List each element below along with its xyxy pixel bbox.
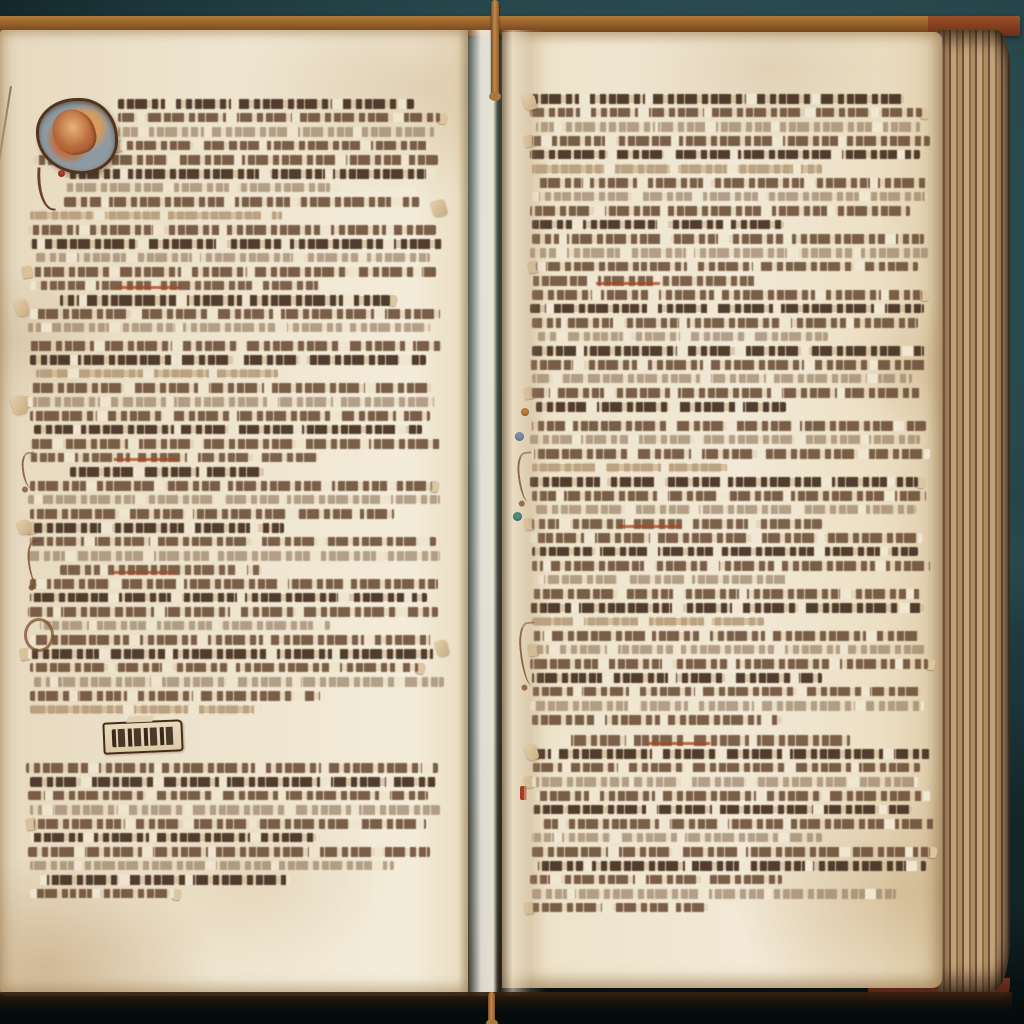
left-page-text-line bbox=[28, 496, 440, 503]
left-page-text-line bbox=[60, 296, 390, 305]
left-page-text-line bbox=[28, 454, 318, 461]
right-page-text-line bbox=[532, 277, 764, 285]
right-page-text-line bbox=[530, 109, 922, 116]
left-page-text-line bbox=[30, 282, 320, 289]
right-page-text-line bbox=[536, 646, 928, 653]
right-page-text-line bbox=[530, 660, 928, 668]
right-page-text-line bbox=[532, 548, 918, 555]
left-page-text-line bbox=[30, 310, 440, 318]
left-page-text-line bbox=[60, 566, 262, 574]
left-page-text-line bbox=[30, 834, 320, 841]
right-page-text-line bbox=[530, 702, 924, 710]
right-page-text-line bbox=[532, 137, 930, 145]
right-page-text-line bbox=[530, 305, 924, 312]
left-page-text-line bbox=[30, 384, 438, 392]
left-page-text-line bbox=[30, 692, 320, 700]
right-page-text-line bbox=[538, 862, 926, 870]
right-page-text-line bbox=[532, 688, 922, 695]
right-page-text-line bbox=[530, 534, 922, 542]
left-page-text-block bbox=[0, 30, 468, 996]
left-page-text-line bbox=[36, 254, 430, 261]
right-page-text-line bbox=[532, 778, 918, 786]
left-page-text-line bbox=[118, 128, 434, 136]
left-page-text-line bbox=[30, 440, 440, 448]
binding-cord-top bbox=[491, 0, 499, 97]
right-page-text-line bbox=[532, 319, 918, 327]
right-page-text-line bbox=[530, 207, 910, 215]
right-page-text-line bbox=[536, 123, 920, 131]
right-page-text-line bbox=[538, 179, 926, 187]
book-bottom-shadow bbox=[0, 992, 1012, 1010]
left-page-text-line bbox=[64, 170, 436, 178]
right-page-text-line bbox=[532, 590, 922, 598]
left-page-text-line bbox=[30, 356, 426, 364]
right-page-text-line bbox=[530, 436, 920, 443]
right-page-text-line bbox=[532, 464, 727, 471]
left-page-text-line bbox=[30, 510, 394, 518]
left-page-text-line bbox=[30, 212, 282, 219]
left-page-text-line bbox=[28, 226, 436, 234]
right-page-text-line bbox=[536, 403, 786, 411]
right-page-text-line bbox=[532, 450, 930, 458]
left-page-text-line bbox=[28, 552, 440, 560]
right-page-text-line bbox=[530, 478, 918, 486]
left-page-text-line bbox=[30, 890, 174, 897]
right-page-text-line bbox=[532, 389, 920, 397]
left-page-text-line bbox=[34, 678, 444, 686]
right-page-text-line bbox=[532, 716, 782, 724]
left-page-text-line bbox=[30, 342, 442, 350]
right-page-text-line bbox=[532, 291, 922, 299]
right-page-text-line bbox=[536, 506, 916, 513]
left-page-text-line bbox=[34, 820, 426, 828]
left-page-text-line bbox=[30, 412, 430, 420]
left-page-text-line bbox=[64, 198, 420, 206]
left-page-text-line bbox=[30, 240, 442, 248]
left-page-text-line bbox=[28, 608, 438, 616]
right-page-text-line bbox=[532, 806, 912, 813]
right-page-text-line bbox=[532, 904, 708, 911]
page-edges-stack bbox=[938, 30, 1010, 992]
left-page-text-line bbox=[30, 706, 262, 713]
right-page-text-line bbox=[532, 165, 822, 173]
right-page-text-line bbox=[532, 632, 920, 640]
left-page-text-line bbox=[36, 370, 278, 377]
left-page-text-line bbox=[30, 268, 436, 276]
right-page-text-line bbox=[530, 249, 928, 257]
right-page-text-line bbox=[532, 520, 822, 528]
left-page-text-line bbox=[34, 524, 284, 532]
right-page-text-line bbox=[532, 618, 764, 625]
left-page-text-line bbox=[28, 324, 430, 331]
left-page-text-line bbox=[34, 426, 422, 433]
right-page-text-line bbox=[532, 674, 822, 682]
left-page-text-line bbox=[40, 876, 290, 884]
right-page-text-line bbox=[532, 492, 926, 500]
left-page-text-line bbox=[30, 636, 432, 644]
right-page-text-line bbox=[532, 347, 924, 355]
right-page-text-line bbox=[536, 792, 930, 800]
left-page-text-line bbox=[70, 468, 264, 476]
left-page-text-line bbox=[120, 142, 428, 149]
right-page-text-line bbox=[532, 221, 784, 228]
left-page-text-line bbox=[40, 622, 330, 629]
right-page-text-line bbox=[532, 235, 924, 243]
right-page-text-line bbox=[560, 736, 850, 745]
right-page-text-line bbox=[530, 361, 928, 369]
left-page-text-line bbox=[26, 764, 438, 772]
right-page-text-line bbox=[538, 576, 790, 583]
right-page-text-line bbox=[532, 834, 822, 841]
left-page-text-line bbox=[30, 806, 440, 814]
right-page-text-line bbox=[530, 151, 920, 158]
right-page-text-line bbox=[532, 890, 896, 898]
right-page-text-block bbox=[502, 32, 942, 988]
right-page-text-line bbox=[532, 95, 904, 103]
right-page-text-line bbox=[538, 333, 828, 340]
left-page-text-line bbox=[28, 848, 430, 856]
right-page-text-line bbox=[536, 263, 918, 270]
left-page-text-line bbox=[34, 156, 438, 164]
left-page-text-line bbox=[30, 664, 418, 671]
scene bbox=[0, 0, 1024, 1024]
left-page-text-line bbox=[28, 398, 440, 406]
right-page-text-line bbox=[530, 764, 920, 771]
left-page-text-line bbox=[30, 778, 436, 786]
left-page-text-line bbox=[28, 792, 428, 799]
right-page-text-line bbox=[532, 193, 926, 200]
right-page-text-line bbox=[542, 820, 934, 828]
right-page-text-line bbox=[530, 604, 924, 612]
right-page-text-line bbox=[532, 750, 930, 758]
right-page-text-line bbox=[532, 848, 930, 856]
left-page-text-line bbox=[30, 594, 427, 601]
left-page-text-line bbox=[30, 580, 438, 588]
right-page-text-line bbox=[530, 876, 782, 883]
right-page-text-line bbox=[532, 422, 926, 430]
left-page-text-line bbox=[30, 862, 394, 869]
left-page-text-line bbox=[118, 114, 440, 121]
right-page bbox=[502, 32, 942, 988]
right-page-text-line bbox=[532, 375, 912, 382]
left-page-text-line bbox=[118, 100, 414, 108]
left-page-text-line bbox=[30, 538, 436, 545]
left-page-text-line bbox=[64, 184, 340, 191]
right-page-text-line bbox=[532, 562, 930, 570]
left-page-text-line bbox=[30, 482, 432, 490]
left-page-text-line bbox=[28, 650, 440, 658]
left-page bbox=[0, 30, 468, 996]
